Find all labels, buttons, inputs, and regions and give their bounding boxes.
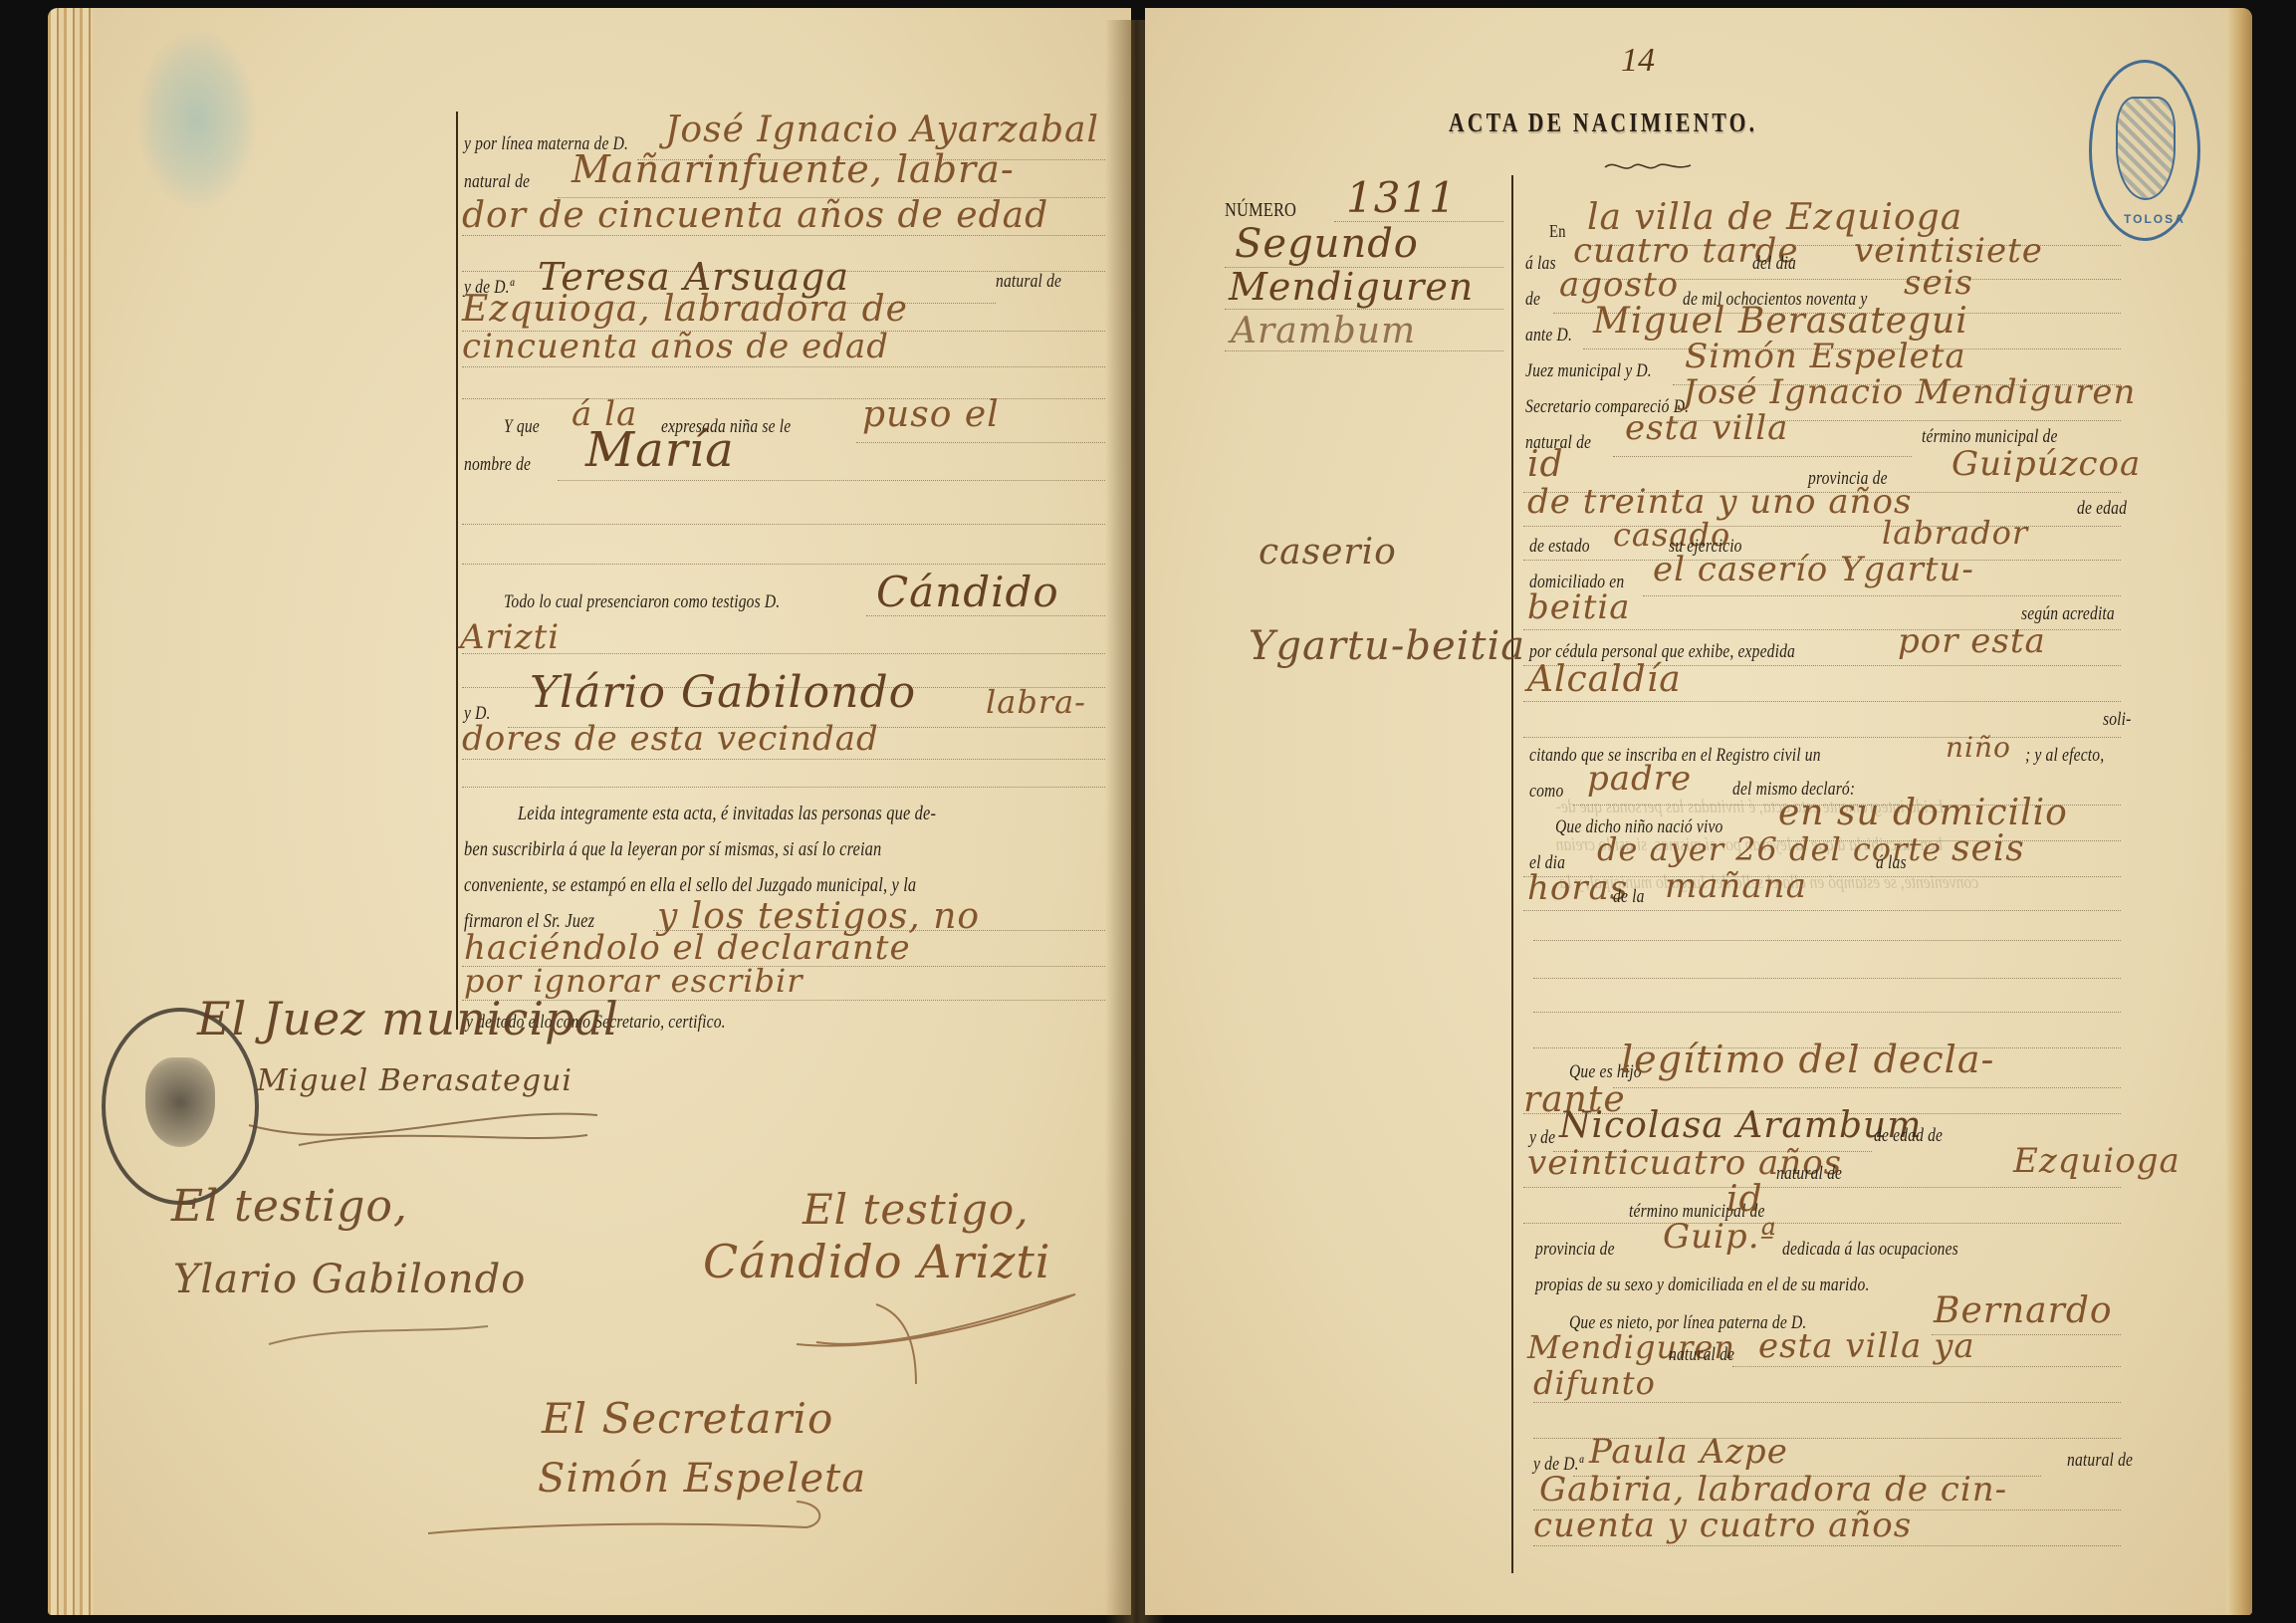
handwritten-entry: Ezquioga	[2013, 1141, 2181, 1181]
handwritten-entry: Cándido	[876, 568, 1059, 616]
handwritten-entry: Mañarinfuente, labra-	[572, 147, 1015, 191]
fill-line	[462, 564, 1105, 565]
fill-line	[1613, 1087, 2121, 1088]
child-name-line: Arambum	[1231, 311, 1416, 351]
handwritten-entry: Bernardo	[1934, 1290, 2113, 1331]
fill-line	[462, 366, 1105, 367]
fill-line	[1523, 910, 2121, 911]
handwritten-entry: seis	[1904, 263, 1973, 303]
printed-label: Y que	[504, 416, 540, 438]
open-registry-book: y por línea materna de D. José Ignacio A…	[0, 0, 2296, 1623]
handwritten-entry: Guipúzcoa	[1952, 444, 2141, 484]
numero-label: NÚMERO	[1225, 199, 1296, 222]
handwritten-entry: puso el	[862, 394, 1000, 435]
fill-line	[1533, 978, 2121, 979]
printed-label: de estado	[1529, 536, 1590, 558]
left-page-edges	[48, 8, 94, 1615]
handwritten-entry: Paula Azpe	[1589, 1432, 1788, 1472]
handwritten-entry: Simón Espeleta	[1685, 337, 1966, 376]
handwritten-entry: legítimo del decla-	[1621, 1038, 1994, 1081]
witness-2-role: El testigo,	[803, 1185, 1030, 1234]
signature-flourish-icon	[777, 1275, 1095, 1394]
printed-label: Todo lo cual presenciaron como testigos …	[504, 591, 780, 613]
printed-label: á las	[1525, 253, 1556, 275]
closing-paragraph-line: Leida integramente esta acta, é invitada…	[518, 803, 936, 825]
handwritten-entry: en su domicilio	[1778, 793, 2068, 833]
handwritten-entry: mañana	[1665, 866, 1807, 906]
secretary-role: El Secretario	[542, 1394, 833, 1443]
handwritten-entry: el caserío Ygartu-	[1653, 550, 1974, 589]
signature-flourish-icon	[259, 1314, 498, 1354]
handwritten-entry: niño	[1946, 731, 2011, 764]
coat-of-arms-icon	[2116, 97, 2176, 200]
fill-line	[558, 480, 1105, 481]
fill-line	[1533, 1545, 2121, 1546]
printed-label: de	[1525, 289, 1540, 311]
handwritten-entry: agosto	[1559, 265, 1679, 305]
handwritten-entry: dores de esta vecindad	[462, 719, 879, 759]
handwritten-entry: labrador	[1882, 514, 2028, 552]
handwritten-entry: José Ignacio Mendiguren	[1683, 372, 2136, 412]
handwritten-entry: id	[1527, 444, 1564, 485]
printed-label: como	[1529, 781, 1563, 803]
coat-of-arms-icon	[145, 1057, 215, 1147]
handwritten-entry: Arizti	[460, 617, 560, 657]
printed-label: de edad	[2077, 498, 2127, 520]
fill-line	[1643, 595, 2121, 596]
printed-label: natural de	[996, 271, 1061, 293]
handwritten-entry: esta villa ya	[1758, 1326, 1975, 1366]
fill-line	[1533, 940, 2121, 941]
page-number: 14	[1621, 42, 1655, 80]
witness-1-role: El testigo,	[171, 1181, 408, 1232]
fill-line	[462, 398, 1105, 399]
witness-1-name: Ylario Gabilondo	[173, 1257, 526, 1302]
closing-paragraph-line: ben suscribirla á que la leyeran por sí …	[464, 838, 881, 861]
right-page-edge	[2226, 8, 2252, 1615]
judge-signature-role: El Juez municipal	[197, 992, 619, 1045]
fill-line	[866, 615, 1105, 616]
fill-line	[856, 442, 1105, 443]
handwritten-entry: Miguel Berasategui	[1593, 301, 1968, 342]
printed-label: del dia	[1752, 253, 1796, 275]
fill-line	[1225, 309, 1503, 310]
page-title: ACTA DE NACIMIENTO.	[1449, 108, 1757, 138]
handwritten-entry: id	[1726, 1179, 1763, 1220]
handwritten-entry: dor de cincuenta años de edad	[462, 195, 1048, 236]
handwritten-entry: Ezquioga, labradora de	[462, 289, 908, 330]
handwritten-entry: Nicolasa Arambum	[1559, 1105, 1922, 1146]
printed-label: ; y al efecto,	[2025, 745, 2104, 767]
fill-line	[1523, 1187, 2121, 1188]
printed-label: natural de	[464, 171, 530, 193]
closing-paragraph-line: conveniente, se estampó en ella el sello…	[464, 874, 916, 897]
faded-blue-stamp	[137, 30, 257, 209]
printed-label: de la	[1613, 886, 1645, 908]
handwritten-entry: por esta	[1898, 621, 2046, 661]
child-name-line: Segundo	[1235, 221, 1419, 267]
handwritten-entry: Guip.ª	[1663, 1217, 1777, 1257]
handwritten-entry: Ylário Gabilondo	[530, 667, 916, 718]
fill-line	[1523, 701, 2121, 702]
judge-signature-name: Miguel Berasategui	[257, 1063, 573, 1098]
printed-label: propias de su sexo y domiciliada en el d…	[1535, 1275, 1870, 1296]
handwritten-entry: difunto	[1533, 1364, 1656, 1402]
printed-label: de edad de	[1874, 1125, 1943, 1147]
handwritten-entry: labra-	[986, 683, 1086, 721]
handwritten-entry: cuenta y cuatro años	[1533, 1506, 1912, 1545]
fill-line	[462, 524, 1105, 525]
margin-note: caserio	[1259, 532, 1397, 573]
fill-line	[1533, 1402, 2121, 1403]
tolosa-court-seal: TOLOSA	[2089, 60, 2200, 241]
printed-label: En	[1549, 221, 1566, 242]
handwritten-entry: cincuenta años de edad	[462, 327, 889, 366]
handwritten-entry-name: María	[585, 422, 735, 478]
fill-line	[1523, 737, 2121, 738]
signature-flourish-icon	[418, 1494, 836, 1553]
fill-line	[462, 653, 1105, 654]
signature-flourish-icon	[239, 1095, 617, 1155]
fill-line	[1533, 1012, 2121, 1013]
printed-label: ante D.	[1525, 325, 1572, 347]
handwritten-entry: José Ignacio Ayarzabal	[665, 110, 1099, 150]
printed-label: natural de	[1669, 1344, 1734, 1366]
margin-note: Ygartu-beitia	[1249, 623, 1525, 669]
printed-label: natural de	[2067, 1450, 2133, 1472]
ornament-squiggle-icon	[1603, 157, 1693, 175]
printed-label: á las	[1876, 852, 1907, 874]
right-margin-rule	[1511, 175, 1513, 1573]
handwritten-entry: esta villa	[1625, 408, 1788, 448]
fill-line	[1523, 1223, 2121, 1224]
handwritten-entry: seis	[1952, 828, 2025, 869]
fill-line	[462, 235, 1105, 236]
child-name-line: Mendiguren	[1229, 265, 1474, 309]
printed-label: dedicada á las ocupaciones	[1782, 1239, 1958, 1261]
fill-line	[1732, 1366, 2121, 1367]
handwritten-entry: Alcaldía	[1527, 659, 1682, 700]
printed-label: provincia de	[1535, 1239, 1615, 1261]
record-number: 1311	[1346, 173, 1457, 222]
printed-label: nombre de	[464, 454, 531, 476]
handwritten-entry: Gabiria, labradora de cin-	[1539, 1470, 2007, 1509]
handwritten-entry: beitia	[1527, 587, 1631, 627]
fill-line	[1225, 350, 1503, 351]
handwritten-entry: padre	[1587, 759, 1692, 799]
fill-line	[1613, 456, 1912, 457]
fill-line	[462, 759, 1105, 760]
printed-label: natural de	[1776, 1163, 1842, 1185]
printed-label: soli-	[2103, 709, 2132, 731]
printed-label: Juez municipal y D.	[1525, 360, 1652, 382]
fill-line	[462, 787, 1105, 788]
left-margin-rule	[456, 112, 458, 1030]
